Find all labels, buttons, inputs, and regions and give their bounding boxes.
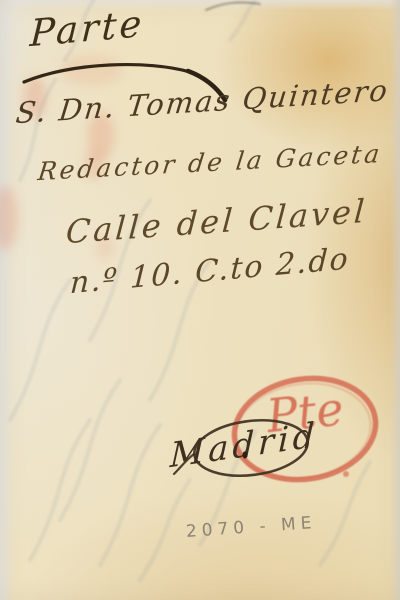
letter-cover-scan: Parte S. Dn. Tomas Quintero Redactor de … xyxy=(0,0,400,600)
city-flourish-loop xyxy=(188,414,323,486)
